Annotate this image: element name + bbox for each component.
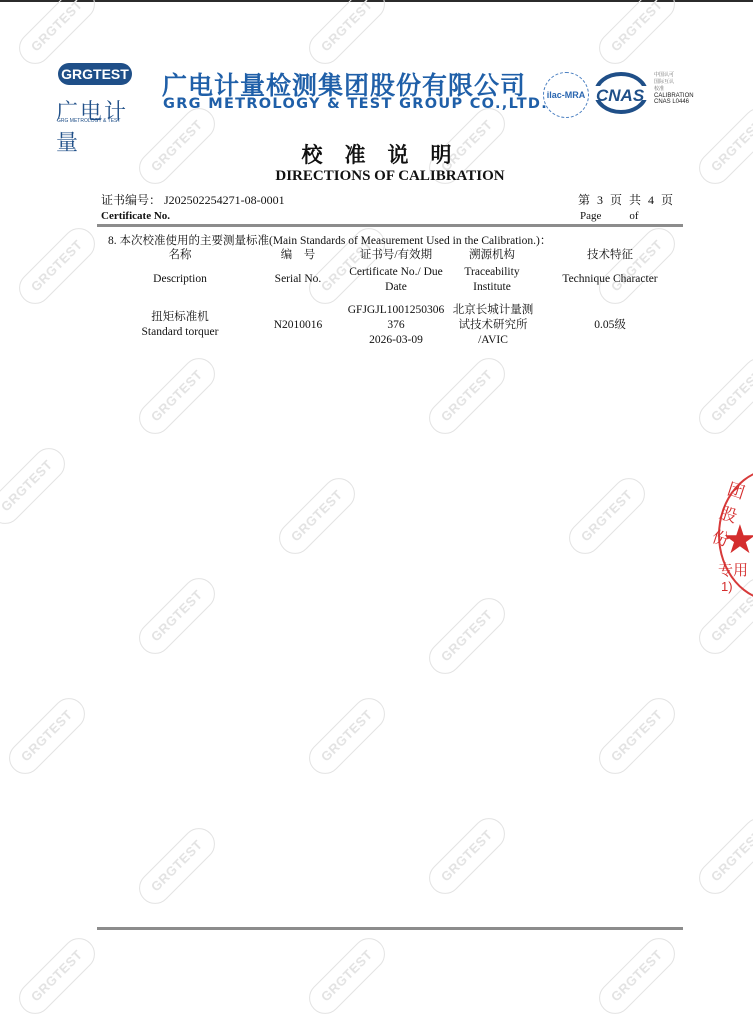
ilac-mra-logo-icon: ilac-MRA	[543, 72, 589, 118]
grgtest-watermark: GRGTEST	[132, 351, 221, 440]
grgtest-watermark: GRGTEST	[302, 691, 391, 780]
section-heading: 8. 本次校准使用的主要测量标准(Main Standards of Measu…	[108, 232, 551, 248]
header-en: Traceability Institute	[454, 265, 530, 295]
header-divider	[97, 224, 683, 227]
grgtest-watermark: GRGTEST	[12, 221, 101, 310]
company-name-english: GRG METROLOGY & TEST GROUP CO.,LTD.	[163, 96, 548, 112]
cnas-accreditation-text: 中国认可 国际互认 校准 CALIBRATION CNAS L0446	[654, 72, 694, 105]
header-en: Serial No.	[258, 272, 338, 287]
column-header-certificate: 证书号/有效期 Certificate No./ Due Date	[346, 248, 446, 295]
header-en: Technique Character	[550, 272, 670, 287]
page-indicator-cn: 第 3 页 共 4 页	[578, 191, 673, 208]
cell-description: 扭矩标准机 Standard torquer	[120, 310, 240, 340]
certificate-label-en: Certificate No.	[101, 210, 170, 222]
header-en: Description	[130, 272, 230, 287]
grgtest-watermark: GRGTEST	[592, 691, 681, 780]
seal-text-number: 1)	[721, 579, 733, 594]
certificate-label-cn: 证书编号：	[101, 193, 161, 207]
header-cn: 溯源机构	[454, 248, 530, 263]
certificate-number: 证书编号： J202502254271-08-0001	[101, 191, 285, 208]
cell-institute: 北京长城计量测 试技术研究所 /AVIC	[448, 303, 538, 348]
header-en: Certificate No./ Due Date	[346, 265, 446, 295]
grgtest-watermark: GRGTEST	[692, 351, 753, 440]
page-title-chinese: 校准说明	[0, 139, 753, 169]
cnas-logo-text: CNAS	[596, 86, 644, 106]
cell-certificate: GFJGJL1001250306 376 2026-03-09	[340, 303, 452, 348]
cell-technique: 0.05级	[560, 318, 660, 333]
description-en: Standard torquer	[120, 325, 240, 340]
cnas-side-line: 中国认可	[654, 72, 694, 79]
grgtest-watermark: GRGTEST	[302, 931, 391, 1020]
top-border	[0, 0, 753, 2]
page-label: Page	[580, 210, 601, 222]
grgtest-watermark: GRGTEST	[422, 591, 511, 680]
logo-english-small: GRG METROLOGY & TEST	[57, 118, 120, 124]
due-date: 2026-03-09	[340, 333, 452, 348]
institute-line: 试技术研究所	[448, 318, 538, 333]
institute-line: 北京长城计量测	[448, 303, 538, 318]
seal-text-bottom: 专用	[718, 559, 748, 580]
grgtest-watermark: GRGTEST	[302, 0, 391, 71]
grgtest-watermark: GRGTEST	[132, 821, 221, 910]
grgtest-watermark: GRGTEST	[422, 351, 511, 440]
header-cn: 技术特征	[550, 248, 670, 263]
grgtest-watermark: GRGTEST	[12, 931, 101, 1020]
cert-line: 376	[340, 318, 452, 333]
column-header-technique: 技术特征 Technique Character	[550, 248, 670, 287]
description-cn: 扭矩标准机	[120, 310, 240, 325]
grgtest-watermark: GRGTEST	[562, 471, 651, 560]
grgtest-watermark: GRGTEST	[272, 471, 361, 560]
cnas-side-line: CNAS L0446	[654, 99, 694, 105]
grgtest-watermark: GRGTEST	[422, 811, 511, 900]
cert-line: GFJGJL1001250306	[340, 303, 452, 318]
grgtest-watermark: GRGTEST	[132, 571, 221, 660]
column-header-description: 名称 Description	[130, 248, 230, 287]
institute-line: /AVIC	[448, 333, 538, 348]
header-cn: 证书号/有效期	[346, 248, 446, 263]
page-indicator-en: Pageof	[580, 210, 667, 222]
header-cn: 编 号	[258, 248, 338, 263]
column-header-traceability: 溯源机构 Traceability Institute	[454, 248, 530, 295]
page-title-english: DIRECTIONS OF CALIBRATION	[0, 168, 753, 185]
certificate-number-value: J202502254271-08-0001	[164, 193, 285, 207]
cnas-side-line: 国际互认	[654, 79, 694, 86]
column-header-serial: 编 号 Serial No.	[258, 248, 338, 287]
header-cn: 名称	[130, 248, 230, 263]
grgtest-watermark: GRGTEST	[592, 931, 681, 1020]
footer-divider	[97, 927, 683, 930]
grgtest-logo-badge: GRGTEST	[58, 63, 132, 85]
cell-serial: N2010016	[258, 318, 338, 333]
grgtest-watermark: GRGTEST	[592, 0, 681, 71]
of-label: of	[629, 210, 638, 222]
grgtest-watermark: GRGTEST	[692, 811, 753, 900]
cnas-side-line: 校准	[654, 86, 694, 93]
grgtest-watermark: GRGTEST	[2, 691, 91, 780]
grgtest-watermark: GRGTEST	[12, 0, 101, 71]
grgtest-watermark: GRGTEST	[0, 441, 72, 530]
